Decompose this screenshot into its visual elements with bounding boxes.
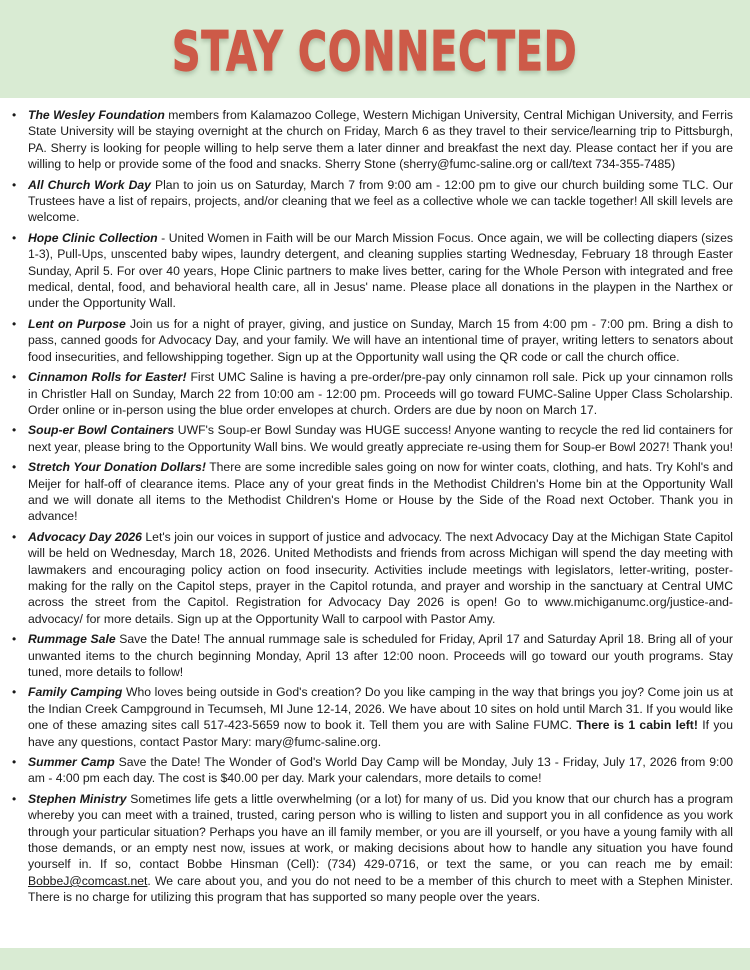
bullet-icon: • bbox=[12, 107, 16, 123]
bullet-icon: • bbox=[12, 754, 16, 770]
announcement-body: Join us for a night of prayer, giving, a… bbox=[28, 317, 733, 364]
announcement-family-camping: • Family Camping Who loves being outside… bbox=[0, 684, 750, 750]
announcement-list: • The Wesley Foundation members from Kal… bbox=[0, 107, 750, 906]
bullet-icon: • bbox=[12, 369, 16, 385]
announcement-stephen-ministry: • Stephen Ministry Sometimes life gets a… bbox=[0, 791, 750, 906]
page-title: STAY CONNECTED bbox=[172, 19, 577, 83]
announcement-souper-bowl: • Soup-er Bowl Containers UWF's Soup-er … bbox=[0, 422, 750, 455]
announcement-heading: All Church Work Day bbox=[28, 178, 151, 192]
bullet-icon: • bbox=[12, 684, 16, 700]
bullet-icon: • bbox=[12, 631, 16, 647]
announcement-lent-on-purpose: • Lent on Purpose Join us for a night of… bbox=[0, 316, 750, 365]
bullet-icon: • bbox=[12, 422, 16, 438]
announcement-heading: Advocacy Day 2026 bbox=[28, 530, 142, 544]
announcement-work-day: • All Church Work Day Plan to join us on… bbox=[0, 177, 750, 226]
header-banner: STAY CONNECTED bbox=[0, 0, 750, 98]
announcement-hope-clinic: • Hope Clinic Collection - United Women … bbox=[0, 230, 750, 312]
announcement-heading: Lent on Purpose bbox=[28, 317, 126, 331]
email-link[interactable]: BobbeJ@comcast.net bbox=[28, 874, 147, 888]
announcement-donation-dollars: • Stretch Your Donation Dollars! There a… bbox=[0, 459, 750, 525]
announcement-advocacy-day: • Advocacy Day 2026 Let's join our voice… bbox=[0, 529, 750, 627]
bullet-icon: • bbox=[12, 177, 16, 193]
announcement-heading: Stephen Ministry bbox=[28, 792, 127, 806]
announcement-heading: Cinnamon Rolls for Easter! bbox=[28, 370, 187, 384]
announcement-body: Save the Date! The annual rummage sale i… bbox=[28, 632, 733, 679]
announcement-heading: Hope Clinic Collection bbox=[28, 231, 158, 245]
announcement-heading: Rummage Sale bbox=[28, 632, 116, 646]
announcement-heading: Summer Camp bbox=[28, 755, 115, 769]
footer-band bbox=[0, 948, 750, 970]
announcement-heading: The Wesley Foundation bbox=[28, 108, 165, 122]
announcement-body: Sometimes life gets a little overwhelmin… bbox=[28, 792, 733, 872]
announcement-heading: Stretch Your Donation Dollars! bbox=[28, 460, 206, 474]
bullet-icon: • bbox=[12, 791, 16, 807]
bullet-icon: • bbox=[12, 316, 16, 332]
cabin-availability-note: There is 1 cabin left! bbox=[576, 718, 698, 732]
announcements: • The Wesley Foundation members from Kal… bbox=[0, 107, 750, 910]
bullet-icon: • bbox=[12, 230, 16, 246]
announcement-wesley-foundation: • The Wesley Foundation members from Kal… bbox=[0, 107, 750, 173]
announcement-body: Save the Date! The Wonder of God's World… bbox=[28, 755, 733, 785]
announcement-heading: Family Camping bbox=[28, 685, 122, 699]
announcement-summer-camp: • Summer Camp Save the Date! The Wonder … bbox=[0, 754, 750, 787]
announcement-body: Let's join our voices in support of just… bbox=[28, 530, 733, 626]
announcement-rummage-sale: • Rummage Sale Save the Date! The annual… bbox=[0, 631, 750, 680]
bullet-icon: • bbox=[12, 529, 16, 545]
bullet-icon: • bbox=[12, 459, 16, 475]
announcement-cinnamon-rolls: • Cinnamon Rolls for Easter! First UMC S… bbox=[0, 369, 750, 418]
announcement-heading: Soup-er Bowl Containers bbox=[28, 423, 174, 437]
